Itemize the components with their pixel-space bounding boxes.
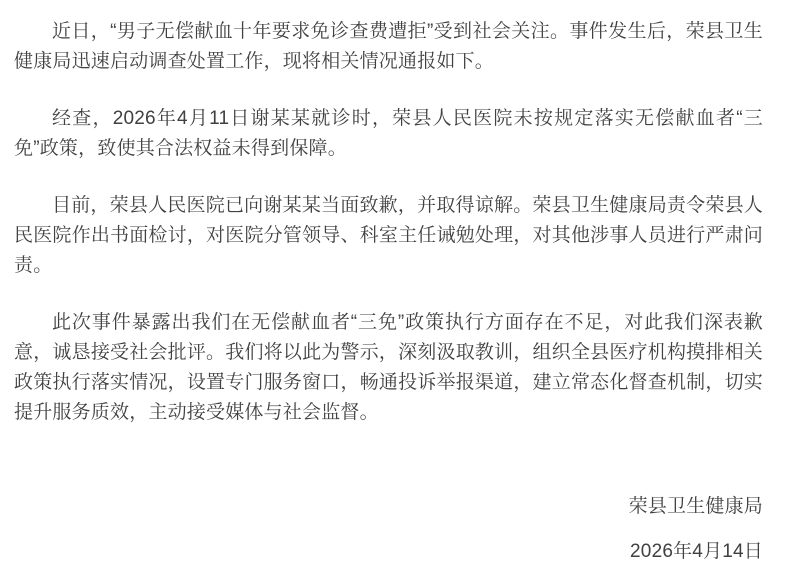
official-notice-document: 近日，“男子无偿献血十年要求免诊查费遭拒”受到社会关注。事件发生后，荣县卫生健康… [0, 0, 800, 567]
notice-paragraph-apology: 此次事件暴露出我们在无偿献血者“三免”政策执行方面存在不足，对此我们深表歉意，诚… [14, 308, 763, 428]
notice-paragraph-investigation: 经查，2026年4月11日谢某某就诊时，荣县人民医院未按规定落实无偿献血者“三免… [14, 104, 763, 164]
signature: 荣县卫生健康局 [14, 492, 763, 522]
notice-paragraph-intro: 近日，“男子无偿献血十年要求免诊查费遭拒”受到社会关注。事件发生后，荣县卫生健康… [14, 17, 763, 77]
notice-paragraph-actions: 目前，荣县人民医院已向谢某某当面致歉，并取得谅解。荣县卫生健康局责令荣县人民医院… [14, 191, 763, 281]
date: 2026年4月14日 [14, 537, 763, 567]
